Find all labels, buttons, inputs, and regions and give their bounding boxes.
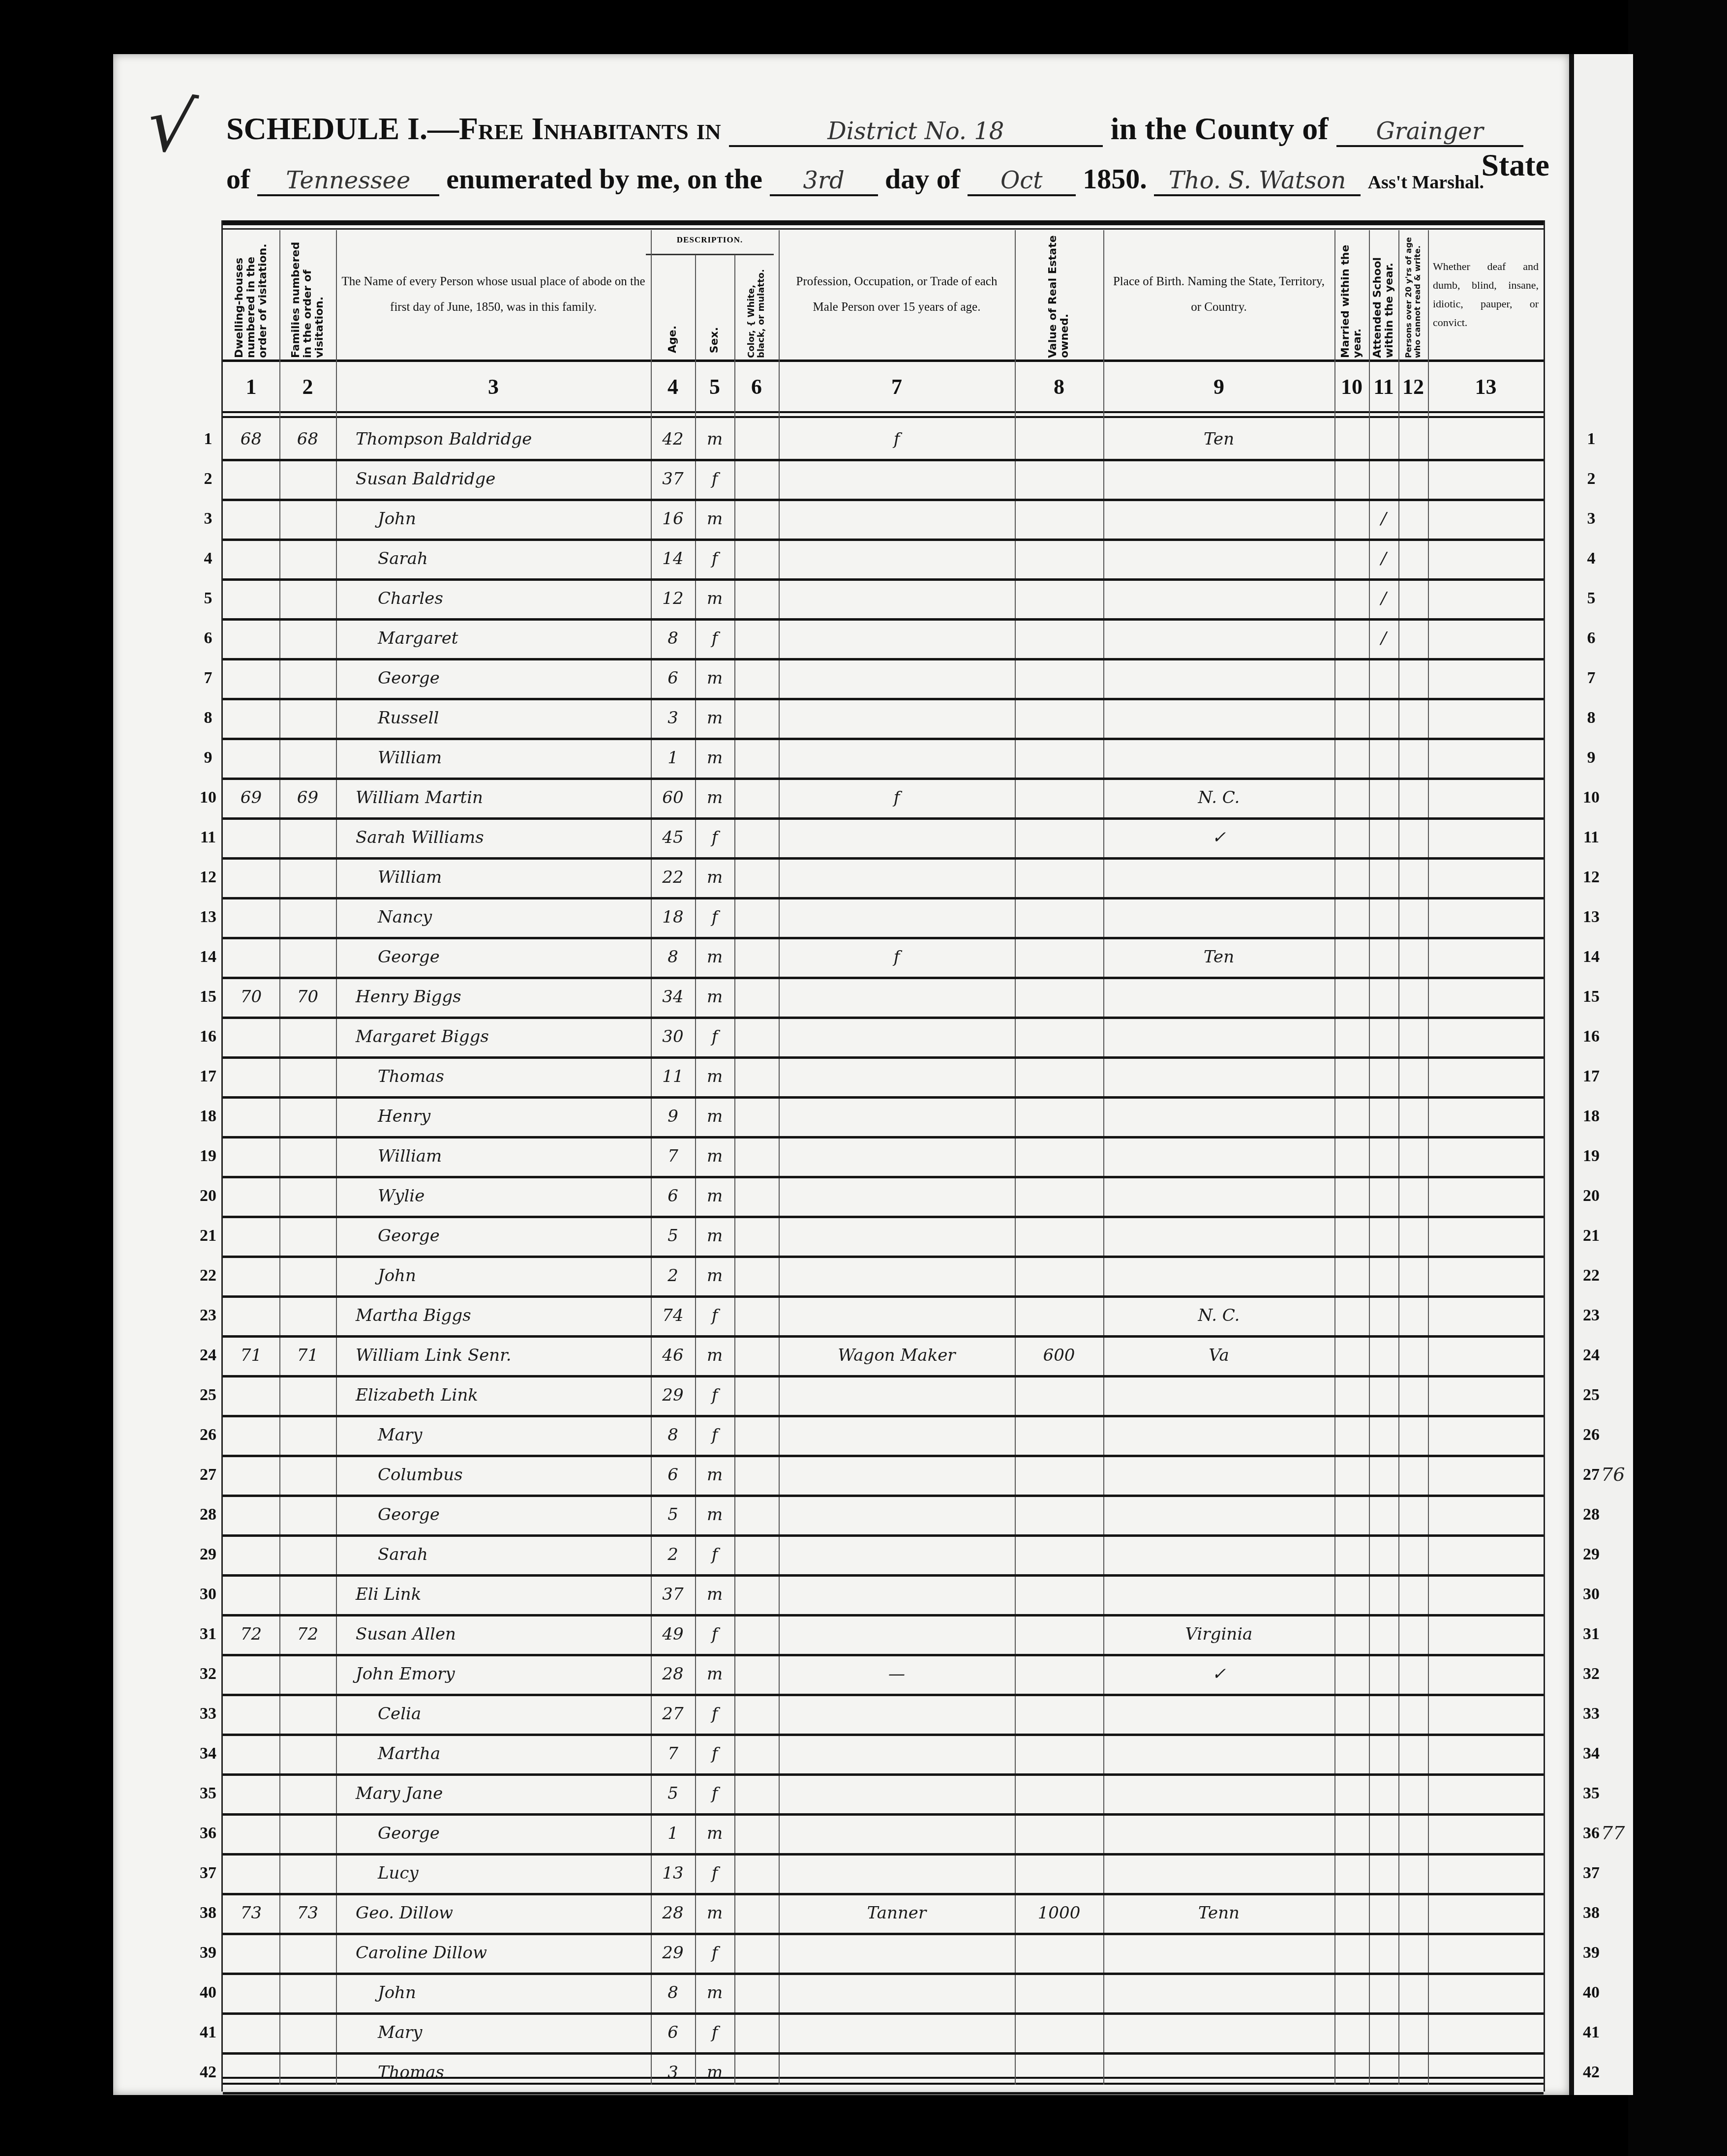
cell-family bbox=[279, 539, 336, 578]
cell-dwelling bbox=[223, 1415, 279, 1455]
cell-sex: f bbox=[695, 459, 734, 499]
cell-age: 29 bbox=[651, 1933, 695, 1973]
cell-birthplace: Tenn bbox=[1103, 1893, 1334, 1933]
cell-school bbox=[1369, 1256, 1398, 1295]
cell-color bbox=[734, 857, 779, 897]
cell-illiterate bbox=[1398, 1734, 1428, 1773]
cell-age: 11 bbox=[651, 1056, 695, 1096]
cell-real-estate-value bbox=[1015, 658, 1103, 698]
cell-family bbox=[279, 1933, 336, 1973]
cell-dwelling bbox=[223, 698, 279, 738]
cell-married bbox=[1334, 1096, 1369, 1136]
cell-dwelling bbox=[223, 1654, 279, 1694]
cell-real-estate-value bbox=[1015, 778, 1103, 817]
cell-illiterate bbox=[1398, 817, 1428, 857]
cell-illiterate bbox=[1398, 1495, 1428, 1534]
right-line-number: 25 bbox=[1576, 1375, 1606, 1415]
header-separator bbox=[223, 359, 1544, 362]
cell-married bbox=[1334, 1813, 1369, 1853]
right-line-number: 39 bbox=[1576, 1933, 1606, 1973]
cell-name: Henry Biggs bbox=[336, 977, 670, 1017]
line-number: 7 bbox=[193, 658, 223, 698]
cell-condition bbox=[1428, 658, 1544, 698]
cell-family: 71 bbox=[279, 1335, 336, 1375]
cell-family bbox=[279, 1534, 336, 1574]
cell-birthplace bbox=[1103, 618, 1334, 658]
cell-condition bbox=[1428, 2052, 1544, 2092]
cell-school bbox=[1369, 1495, 1398, 1534]
cell-age: 8 bbox=[651, 1973, 695, 2012]
cell-name: Martha Biggs bbox=[336, 1295, 670, 1335]
cell-dwelling bbox=[223, 1096, 279, 1136]
line-number: 9 bbox=[193, 738, 223, 778]
cell-illiterate bbox=[1398, 578, 1428, 618]
table-row: 27Columbus6m bbox=[223, 1455, 1544, 1497]
right-line-number: 9 bbox=[1576, 738, 1606, 778]
of-label: of bbox=[226, 163, 250, 195]
table-row: 42Thomas3m bbox=[223, 2052, 1544, 2095]
column-number-9: 9 bbox=[1103, 363, 1334, 410]
cell-family bbox=[279, 738, 336, 778]
cell-occupation bbox=[779, 1495, 1015, 1534]
cell-name: Eli Link bbox=[336, 1574, 670, 1614]
cell-dwelling bbox=[223, 1375, 279, 1415]
cell-married bbox=[1334, 419, 1369, 459]
line-number: 23 bbox=[193, 1295, 223, 1335]
cell-dwelling bbox=[223, 618, 279, 658]
cell-name: William Martin bbox=[336, 778, 670, 817]
cell-school: / bbox=[1369, 499, 1398, 539]
header-dwelling: Dwelling-houses numbered in the order of… bbox=[223, 231, 279, 358]
cell-name: Susan Baldridge bbox=[336, 459, 670, 499]
cell-occupation bbox=[779, 1415, 1015, 1455]
line-number: 3 bbox=[193, 499, 223, 539]
table-row: 37Lucy13f bbox=[223, 1853, 1544, 1895]
cell-illiterate bbox=[1398, 1017, 1428, 1056]
cell-real-estate-value bbox=[1015, 1773, 1103, 1813]
cell-dwelling bbox=[223, 658, 279, 698]
cell-school bbox=[1369, 419, 1398, 459]
cell-married bbox=[1334, 1853, 1369, 1893]
column-number-12: 12 bbox=[1398, 363, 1428, 410]
cell-dwelling bbox=[223, 1694, 279, 1734]
cell-illiterate bbox=[1398, 1415, 1428, 1455]
cell-illiterate bbox=[1398, 2052, 1428, 2092]
district-field: District No. 18 bbox=[729, 118, 1103, 147]
cell-illiterate bbox=[1398, 499, 1428, 539]
table-row: 40John8m bbox=[223, 1973, 1544, 2015]
cell-dwelling bbox=[223, 1256, 279, 1295]
table-row: 21George5m bbox=[223, 1216, 1544, 1258]
cell-family bbox=[279, 1574, 336, 1614]
cell-age: 5 bbox=[651, 1495, 695, 1534]
cell-sex: f bbox=[695, 817, 734, 857]
table-row: 30Eli Link37m bbox=[223, 1574, 1544, 1617]
column-number-7: 7 bbox=[779, 363, 1015, 410]
cell-name: Sarah bbox=[336, 1534, 693, 1574]
cell-color bbox=[734, 1933, 779, 1973]
right-line-number: 16 bbox=[1576, 1017, 1606, 1056]
cell-sex: f bbox=[695, 1415, 734, 1455]
cell-name: Celia bbox=[336, 1694, 693, 1734]
header-age: Age. bbox=[651, 260, 695, 358]
cell-family bbox=[279, 618, 336, 658]
side-note: 77 bbox=[1601, 1822, 1625, 1844]
cell-school bbox=[1369, 1933, 1398, 1973]
cell-age: 42 bbox=[651, 419, 695, 459]
header-occupation: Profession, Occupation, or Trade of each… bbox=[779, 231, 1015, 358]
cell-illiterate bbox=[1398, 1694, 1428, 1734]
cell-condition bbox=[1428, 419, 1544, 459]
cell-married bbox=[1334, 459, 1369, 499]
cell-real-estate-value bbox=[1015, 1096, 1103, 1136]
line-number: 26 bbox=[193, 1415, 223, 1455]
cell-color bbox=[734, 1176, 779, 1216]
cell-age: 18 bbox=[651, 897, 695, 937]
cell-name: Martha bbox=[336, 1734, 693, 1773]
column-number-10: 10 bbox=[1334, 363, 1369, 410]
cell-birthplace: Ten bbox=[1103, 937, 1334, 977]
right-line-number: 3 bbox=[1576, 499, 1606, 539]
line-number: 31 bbox=[193, 1614, 223, 1654]
cell-birthplace bbox=[1103, 1534, 1334, 1574]
cell-age: 5 bbox=[651, 1773, 695, 1813]
cell-dwelling bbox=[223, 1853, 279, 1893]
cell-school bbox=[1369, 817, 1398, 857]
cell-condition bbox=[1428, 1455, 1544, 1495]
cell-age: 12 bbox=[651, 578, 695, 618]
cell-sex: m bbox=[695, 698, 734, 738]
cell-age: 60 bbox=[651, 778, 695, 817]
cell-family bbox=[279, 1973, 336, 2012]
header-illiterate-label: Persons over 20 y'rs of age who cannot r… bbox=[1404, 231, 1422, 358]
cell-sex: m bbox=[695, 1136, 734, 1176]
cell-dwelling bbox=[223, 1534, 279, 1574]
cell-school bbox=[1369, 1773, 1398, 1813]
cell-occupation bbox=[779, 698, 1015, 738]
cell-school bbox=[1369, 1574, 1398, 1614]
cell-color bbox=[734, 1455, 779, 1495]
header-occupation-label: Profession, Occupation, or Trade of each… bbox=[779, 269, 1015, 320]
cell-age: 49 bbox=[651, 1614, 695, 1654]
cell-married bbox=[1334, 937, 1369, 977]
cell-occupation bbox=[779, 2052, 1015, 2092]
cell-illiterate bbox=[1398, 539, 1428, 578]
cell-illiterate bbox=[1398, 1295, 1428, 1335]
right-line-number: 8 bbox=[1576, 698, 1606, 738]
cell-sex: f bbox=[695, 1933, 734, 1973]
cell-sex: m bbox=[695, 857, 734, 897]
cell-illiterate bbox=[1398, 658, 1428, 698]
cell-condition bbox=[1428, 1136, 1544, 1176]
cell-sex: f bbox=[695, 1375, 734, 1415]
cell-sex: m bbox=[695, 1654, 734, 1694]
cell-occupation bbox=[779, 2012, 1015, 2052]
cell-school bbox=[1369, 977, 1398, 1017]
cell-birthplace bbox=[1103, 2052, 1334, 2092]
cell-married bbox=[1334, 658, 1369, 698]
cell-school bbox=[1369, 1216, 1398, 1256]
cell-color bbox=[734, 1017, 779, 1056]
line-number: 27 bbox=[193, 1455, 223, 1495]
cell-married bbox=[1334, 1375, 1369, 1415]
cell-sex: m bbox=[695, 1056, 734, 1096]
cell-sex: f bbox=[695, 1614, 734, 1654]
cell-occupation bbox=[779, 1973, 1015, 2012]
cell-occupation bbox=[779, 1216, 1015, 1256]
cell-age: 22 bbox=[651, 857, 695, 897]
cell-married bbox=[1334, 1256, 1369, 1295]
line-number: 36 bbox=[193, 1813, 223, 1853]
cell-sex: m bbox=[695, 1216, 734, 1256]
cell-age: 27 bbox=[651, 1694, 695, 1734]
cell-name: Mary bbox=[336, 1415, 693, 1455]
line-number: 6 bbox=[193, 618, 223, 658]
cell-occupation bbox=[779, 1056, 1015, 1096]
cell-birthplace bbox=[1103, 1933, 1334, 1973]
right-line-number: 1 bbox=[1576, 419, 1606, 459]
header-color-label: Color, { White, black, or mulatto. bbox=[747, 260, 766, 358]
right-line-number: 4 bbox=[1576, 539, 1606, 578]
right-line-number: 23 bbox=[1576, 1295, 1606, 1335]
right-line-number: 6 bbox=[1576, 618, 1606, 658]
cell-occupation: f bbox=[779, 778, 1015, 817]
line-number: 28 bbox=[193, 1495, 223, 1534]
line-number: 38 bbox=[193, 1893, 223, 1933]
line-number: 18 bbox=[193, 1096, 223, 1136]
cell-real-estate-value bbox=[1015, 1415, 1103, 1455]
cell-condition bbox=[1428, 857, 1544, 897]
cell-age: 74 bbox=[651, 1295, 695, 1335]
cell-color bbox=[734, 2052, 779, 2092]
table-row: 6Margaret8f/ bbox=[223, 618, 1544, 660]
cell-birthplace: ✓ bbox=[1103, 817, 1334, 857]
cell-family bbox=[279, 698, 336, 738]
cell-color bbox=[734, 1295, 779, 1335]
line-number: 40 bbox=[193, 1973, 223, 2012]
cell-married bbox=[1334, 1495, 1369, 1534]
cell-name: Henry bbox=[336, 1096, 693, 1136]
cell-color bbox=[734, 698, 779, 738]
cell-occupation bbox=[779, 897, 1015, 937]
cell-name: Nancy bbox=[336, 897, 693, 937]
right-line-number: 32 bbox=[1576, 1654, 1606, 1694]
cell-family bbox=[279, 2012, 336, 2052]
marshal-label: Ass't Marshal. bbox=[1368, 172, 1484, 193]
cell-birthplace bbox=[1103, 658, 1334, 698]
line-number: 16 bbox=[193, 1017, 223, 1056]
cell-condition bbox=[1428, 1773, 1544, 1813]
cell-married bbox=[1334, 499, 1369, 539]
cell-dwelling bbox=[223, 2052, 279, 2092]
table-row: 7George6m bbox=[223, 658, 1544, 700]
cell-sex: m bbox=[695, 1893, 734, 1933]
table-row: 36George1m bbox=[223, 1813, 1544, 1856]
line-number: 10 bbox=[193, 778, 223, 817]
cell-real-estate-value bbox=[1015, 698, 1103, 738]
right-line-number: 33 bbox=[1576, 1694, 1606, 1734]
cell-sex: m bbox=[695, 1455, 734, 1495]
cell-name: George bbox=[336, 1813, 693, 1853]
cell-color bbox=[734, 1694, 779, 1734]
cell-occupation bbox=[779, 857, 1015, 897]
cell-birthplace bbox=[1103, 1495, 1334, 1534]
table-row: 23Martha Biggs74fN. C. bbox=[223, 1295, 1544, 1338]
line-number: 29 bbox=[193, 1534, 223, 1574]
cell-family bbox=[279, 897, 336, 937]
cell-occupation: f bbox=[779, 419, 1015, 459]
line-number: 41 bbox=[193, 2012, 223, 2052]
cell-illiterate bbox=[1398, 977, 1428, 1017]
cell-school bbox=[1369, 1096, 1398, 1136]
cell-condition bbox=[1428, 1973, 1544, 2012]
cell-occupation: f bbox=[779, 937, 1015, 977]
line-number: 32 bbox=[193, 1654, 223, 1694]
cell-occupation bbox=[779, 1375, 1015, 1415]
cell-birthplace bbox=[1103, 897, 1334, 937]
cell-dwelling bbox=[223, 1295, 279, 1335]
cell-family bbox=[279, 1375, 336, 1415]
column-number-rule-2 bbox=[223, 416, 1544, 418]
cell-sex: f bbox=[695, 1734, 734, 1773]
table-row: 20Wylie6m bbox=[223, 1176, 1544, 1218]
cell-occupation bbox=[779, 1534, 1015, 1574]
cell-illiterate bbox=[1398, 1136, 1428, 1176]
line-number: 37 bbox=[193, 1853, 223, 1893]
header-real-estate-value-label: Value of Real Estate owned. bbox=[1047, 231, 1071, 358]
cell-real-estate-value bbox=[1015, 1495, 1103, 1534]
cell-condition bbox=[1428, 1335, 1544, 1375]
cell-occupation: Wagon Maker bbox=[779, 1335, 1015, 1375]
cell-dwelling: 72 bbox=[223, 1614, 279, 1654]
cell-married bbox=[1334, 1773, 1369, 1813]
cell-age: 34 bbox=[651, 977, 695, 1017]
cell-condition bbox=[1428, 539, 1544, 578]
cell-real-estate-value bbox=[1015, 857, 1103, 897]
cell-name: Columbus bbox=[336, 1455, 693, 1495]
cell-real-estate-value bbox=[1015, 1375, 1103, 1415]
cell-dwelling bbox=[223, 1455, 279, 1495]
cell-color bbox=[734, 1495, 779, 1534]
cell-color bbox=[734, 1375, 779, 1415]
cell-age: 37 bbox=[651, 459, 695, 499]
cell-age: 3 bbox=[651, 2052, 695, 2092]
cell-name: George bbox=[336, 658, 693, 698]
cell-family: 72 bbox=[279, 1614, 336, 1654]
cell-age: 2 bbox=[651, 1256, 695, 1295]
cell-school bbox=[1369, 1056, 1398, 1096]
cell-color bbox=[734, 1614, 779, 1654]
marshal-field: Tho. S. Watson bbox=[1154, 167, 1361, 196]
cell-dwelling bbox=[223, 1176, 279, 1216]
cell-illiterate bbox=[1398, 1256, 1428, 1295]
line-number: 33 bbox=[193, 1694, 223, 1734]
cell-school bbox=[1369, 1375, 1398, 1415]
cell-birthplace bbox=[1103, 977, 1334, 1017]
cell-birthplace bbox=[1103, 1773, 1334, 1813]
cell-school bbox=[1369, 1694, 1398, 1734]
cell-age: 28 bbox=[651, 1893, 695, 1933]
right-line-number: 29 bbox=[1576, 1534, 1606, 1574]
cell-family bbox=[279, 1256, 336, 1295]
header-color: Color, { White, black, or mulatto. bbox=[734, 260, 779, 358]
cell-dwelling bbox=[223, 499, 279, 539]
cell-birthplace: ✓ bbox=[1103, 1654, 1334, 1694]
line-number: 34 bbox=[193, 1734, 223, 1773]
line-number: 13 bbox=[193, 897, 223, 937]
cell-condition bbox=[1428, 937, 1544, 977]
cell-school bbox=[1369, 698, 1398, 738]
right-line-number: 35 bbox=[1576, 1773, 1606, 1813]
cell-married bbox=[1334, 1534, 1369, 1574]
cell-name: John bbox=[336, 499, 693, 539]
cell-married bbox=[1334, 2012, 1369, 2052]
cell-school bbox=[1369, 738, 1398, 778]
right-line-number: 11 bbox=[1576, 817, 1606, 857]
cell-married bbox=[1334, 977, 1369, 1017]
cell-sex: f bbox=[695, 1534, 734, 1574]
cell-family bbox=[279, 857, 336, 897]
cell-married bbox=[1334, 1136, 1369, 1176]
right-line-number: 28 bbox=[1576, 1495, 1606, 1534]
cell-dwelling: 73 bbox=[223, 1893, 279, 1933]
cell-condition bbox=[1428, 977, 1544, 1017]
cell-condition bbox=[1428, 1933, 1544, 1973]
cell-married bbox=[1334, 1017, 1369, 1056]
cell-age: 1 bbox=[651, 1813, 695, 1853]
cell-sex: m bbox=[695, 1096, 734, 1136]
cell-birthplace: Va bbox=[1103, 1335, 1334, 1375]
cell-birthplace bbox=[1103, 1216, 1334, 1256]
cell-color bbox=[734, 1534, 779, 1574]
cell-color bbox=[734, 1216, 779, 1256]
cell-color bbox=[734, 1973, 779, 2012]
cell-age: 5 bbox=[651, 1216, 695, 1256]
cell-sex: f bbox=[695, 618, 734, 658]
cell-married bbox=[1334, 1694, 1369, 1734]
cell-color bbox=[734, 2012, 779, 2052]
cell-family bbox=[279, 459, 336, 499]
cell-age: 30 bbox=[651, 1017, 695, 1056]
cell-school bbox=[1369, 1813, 1398, 1853]
cell-dwelling bbox=[223, 817, 279, 857]
cell-illiterate bbox=[1398, 897, 1428, 937]
right-line-number: 18 bbox=[1576, 1096, 1606, 1136]
cell-illiterate bbox=[1398, 1216, 1428, 1256]
cell-condition bbox=[1428, 1176, 1544, 1216]
cell-real-estate-value bbox=[1015, 459, 1103, 499]
cell-birthplace bbox=[1103, 857, 1334, 897]
cell-name: Mary Jane bbox=[336, 1773, 670, 1813]
right-line-number: 38 bbox=[1576, 1893, 1606, 1933]
cell-real-estate-value bbox=[1015, 1933, 1103, 1973]
cell-family: 70 bbox=[279, 977, 336, 1017]
header-name-label: The Name of every Person whose usual pla… bbox=[336, 269, 651, 320]
state-field: Tennessee bbox=[257, 167, 439, 196]
table-row: 26Mary8f bbox=[223, 1415, 1544, 1457]
cell-birthplace bbox=[1103, 1136, 1334, 1176]
cell-sex: m bbox=[695, 937, 734, 977]
cell-sex: m bbox=[695, 1256, 734, 1295]
cell-condition bbox=[1428, 897, 1544, 937]
cell-illiterate bbox=[1398, 778, 1428, 817]
cell-sex: f bbox=[695, 1295, 734, 1335]
cell-illiterate bbox=[1398, 1096, 1428, 1136]
cell-age: 46 bbox=[651, 1335, 695, 1375]
side-note: 76 bbox=[1601, 1464, 1625, 1485]
cell-name: Margaret bbox=[336, 618, 693, 658]
column-number-5: 5 bbox=[695, 363, 734, 410]
